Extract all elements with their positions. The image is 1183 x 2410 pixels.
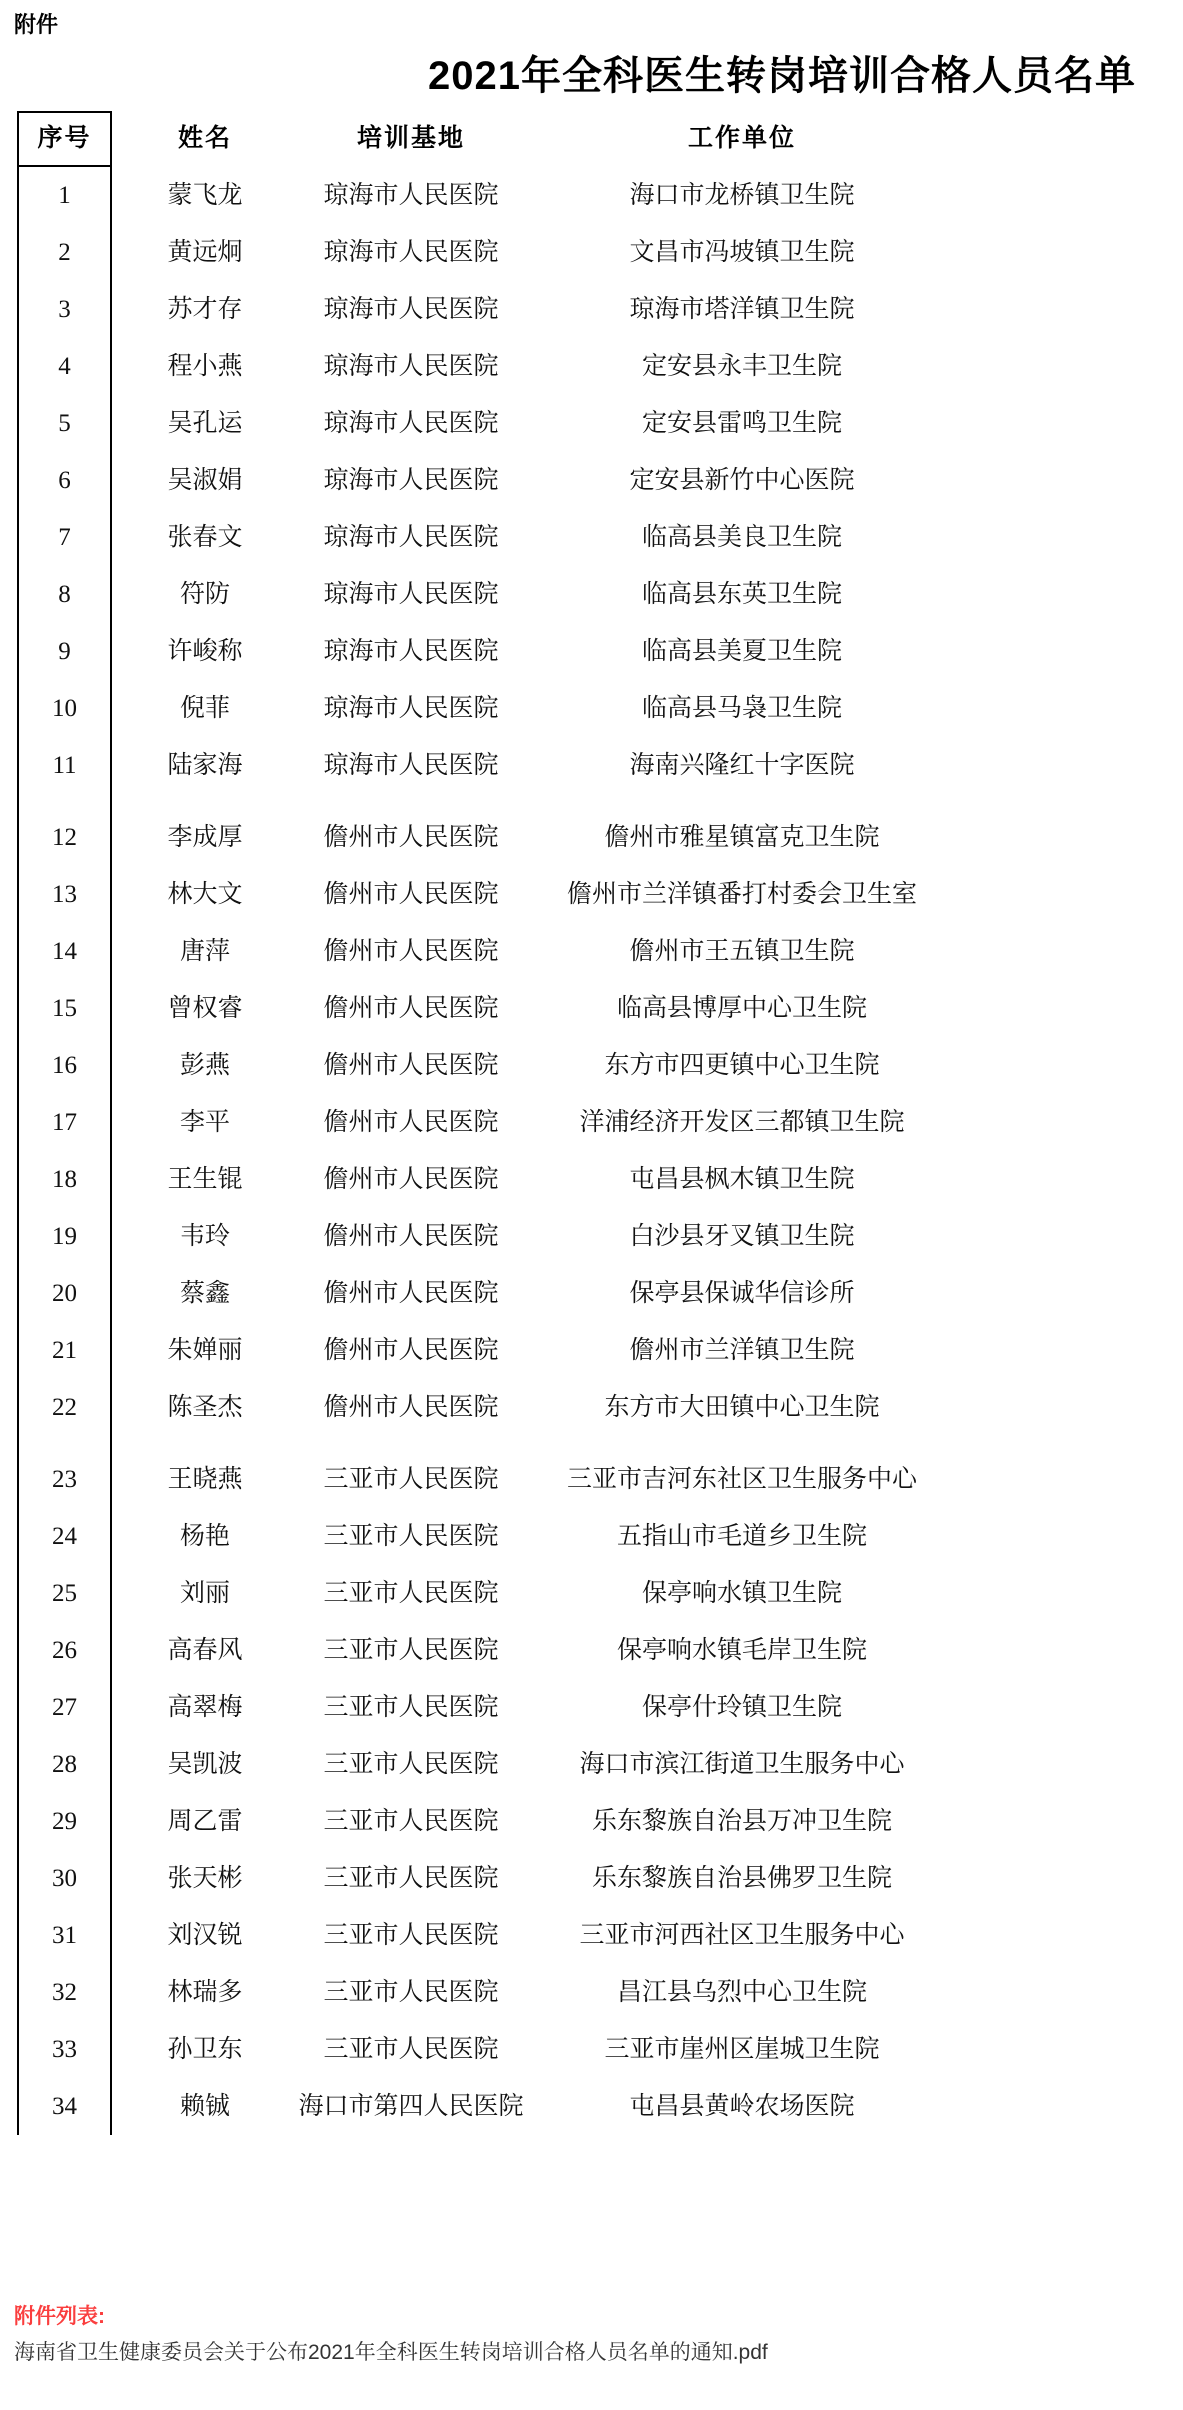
- row-index: 29: [17, 1808, 112, 1836]
- row-unit: 乐东黎族自治县万冲卫生院: [524, 1808, 960, 1836]
- row-index: 8: [17, 581, 112, 609]
- row-base: 儋州市人民医院: [298, 1166, 524, 1194]
- row-index: 14: [17, 938, 112, 966]
- row-unit: 临高县博厚中心卫生院: [524, 995, 960, 1023]
- row-name: 许峻称: [112, 638, 298, 666]
- row-unit: 保亭响水镇卫生院: [524, 1580, 960, 1608]
- row-name: 李平: [112, 1109, 298, 1137]
- row-name: 符防: [112, 581, 298, 609]
- row-name: 蒙飞龙: [112, 182, 298, 210]
- row-name: 王生锟: [112, 1166, 298, 1194]
- table-row: 29 周乙雷 三亚市人民医院 乐东黎族自治县万冲卫生院: [17, 1793, 960, 1850]
- row-name: 孙卫东: [112, 2036, 298, 2064]
- table-row: 28 吴凯波 三亚市人民医院 海口市滨江街道卫生服务中心: [17, 1736, 960, 1793]
- table-row: 10 倪菲 琼海市人民医院 临高县马袅卫生院: [17, 680, 960, 737]
- row-unit: 海口市龙桥镇卫生院: [524, 182, 960, 210]
- row-base: 三亚市人民医院: [298, 1637, 524, 1665]
- row-base: 儋州市人民医院: [298, 881, 524, 909]
- row-index: 2: [17, 239, 112, 267]
- row-base: 三亚市人民医院: [298, 1865, 524, 1893]
- table-row: 3 苏才存 琼海市人民医院 琼海市塔洋镇卫生院: [17, 281, 960, 338]
- row-base: 琼海市人民医院: [298, 695, 524, 723]
- row-name: 吴淑娟: [112, 467, 298, 495]
- header-base: 培训基地: [298, 125, 524, 153]
- row-name: 杨艳: [112, 1523, 298, 1551]
- row-unit: 儋州市兰洋镇番打村委会卫生室: [524, 881, 960, 909]
- row-unit: 东方市大田镇中心卫生院: [524, 1394, 960, 1422]
- row-base: 琼海市人民医院: [298, 524, 524, 552]
- row-base: 三亚市人民医院: [298, 1979, 524, 2007]
- row-name: 刘丽: [112, 1580, 298, 1608]
- table-row: 22 陈圣杰 儋州市人民医院 东方市大田镇中心卫生院: [17, 1379, 960, 1436]
- row-base: 琼海市人民医院: [298, 581, 524, 609]
- row-name: 陆家海: [112, 752, 298, 780]
- row-base: 琼海市人民医院: [298, 239, 524, 267]
- header-name: 姓名: [112, 125, 298, 153]
- table-row: 21 朱婵丽 儋州市人民医院 儋州市兰洋镇卫生院: [17, 1322, 960, 1379]
- row-unit: 五指山市毛道乡卫生院: [524, 1523, 960, 1551]
- row-index: 23: [17, 1466, 112, 1494]
- table-row: 15 曾权睿 儋州市人民医院 临高县博厚中心卫生院: [17, 980, 960, 1037]
- row-unit: 屯昌县枫木镇卫生院: [524, 1166, 960, 1194]
- row-base: 琼海市人民医院: [298, 467, 524, 495]
- table-row: 5 吴孔运 琼海市人民医院 定安县雷鸣卫生院: [17, 395, 960, 452]
- row-name: 张春文: [112, 524, 298, 552]
- row-base: 儋州市人民医院: [298, 1109, 524, 1137]
- row-index: 6: [17, 467, 112, 495]
- row-name: 朱婵丽: [112, 1337, 298, 1365]
- row-base: 儋州市人民医院: [298, 824, 524, 852]
- table-row: 33 孙卫东 三亚市人民医院 三亚市崖州区崖城卫生院: [17, 2021, 960, 2078]
- row-name: 周乙雷: [112, 1808, 298, 1836]
- row-base: 儋州市人民医院: [298, 1280, 524, 1308]
- table-row: 25 刘丽 三亚市人民医院 保亭响水镇卫生院: [17, 1565, 960, 1622]
- row-unit: 定安县永丰卫生院: [524, 353, 960, 381]
- row-name: 蔡鑫: [112, 1280, 298, 1308]
- row-name: 高翠梅: [112, 1694, 298, 1722]
- row-unit: 海南兴隆红十字医院: [524, 752, 960, 780]
- row-base: 三亚市人民医院: [298, 2036, 524, 2064]
- row-unit: 三亚市河西社区卫生服务中心: [524, 1922, 960, 1950]
- row-name: 彭燕: [112, 1052, 298, 1080]
- row-index: 32: [17, 1979, 112, 2007]
- row-base: 三亚市人民医院: [298, 1466, 524, 1494]
- row-index: 7: [17, 524, 112, 552]
- row-unit: 保亭县保诚华信诊所: [524, 1280, 960, 1308]
- row-index: 33: [17, 2036, 112, 2064]
- table-row: 19 韦玲 儋州市人民医院 白沙县牙叉镇卫生院: [17, 1208, 960, 1265]
- table-row: 2 黄远炯 琼海市人民医院 文昌市冯坡镇卫生院: [17, 224, 960, 281]
- document-page: 附件 2021年全科医生转岗培训合格人员名单 序号 姓名 培训基地 工作单位 1…: [0, 0, 1183, 2410]
- table-row: 7 张春文 琼海市人民医院 临高县美良卫生院: [17, 509, 960, 566]
- table-row: 4 程小燕 琼海市人民医院 定安县永丰卫生院: [17, 338, 960, 395]
- row-base: 儋州市人民医院: [298, 995, 524, 1023]
- row-name: 高春风: [112, 1637, 298, 1665]
- row-name: 李成厚: [112, 824, 298, 852]
- table-row: 26 高春风 三亚市人民医院 保亭响水镇毛岸卫生院: [17, 1622, 960, 1679]
- row-base: 儋州市人民医院: [298, 1052, 524, 1080]
- row-index: 31: [17, 1922, 112, 1950]
- row-name: 唐萍: [112, 938, 298, 966]
- row-name: 苏才存: [112, 296, 298, 324]
- table-row: 11 陆家海 琼海市人民医院 海南兴隆红十字医院: [17, 737, 960, 794]
- header-unit: 工作单位: [524, 125, 960, 153]
- table-row: 8 符防 琼海市人民医院 临高县东英卫生院: [17, 566, 960, 623]
- row-name: 吴孔运: [112, 410, 298, 438]
- row-unit: 定安县雷鸣卫生院: [524, 410, 960, 438]
- table-row: 32 林瑞多 三亚市人民医院 昌江县乌烈中心卫生院: [17, 1964, 960, 2021]
- row-name: 吴凯波: [112, 1751, 298, 1779]
- row-unit: 三亚市崖州区崖城卫生院: [524, 2036, 960, 2064]
- row-index: 15: [17, 995, 112, 1023]
- row-unit: 东方市四更镇中心卫生院: [524, 1052, 960, 1080]
- row-unit: 临高县美夏卫生院: [524, 638, 960, 666]
- table-row: 1 蒙飞龙 琼海市人民医院 海口市龙桥镇卫生院: [17, 167, 960, 224]
- row-base: 琼海市人民医院: [298, 296, 524, 324]
- table-row: 31 刘汉锐 三亚市人民医院 三亚市河西社区卫生服务中心: [17, 1907, 960, 1964]
- table-row: 18 王生锟 儋州市人民医院 屯昌县枫木镇卫生院: [17, 1151, 960, 1208]
- row-index: 24: [17, 1523, 112, 1551]
- header-index: 序号: [17, 125, 112, 153]
- row-name: 林瑞多: [112, 1979, 298, 2007]
- table-row: 30 张天彬 三亚市人民医院 乐东黎族自治县佛罗卫生院: [17, 1850, 960, 1907]
- row-name: 王晓燕: [112, 1466, 298, 1494]
- row-base: 三亚市人民医院: [298, 1580, 524, 1608]
- row-index: 27: [17, 1694, 112, 1722]
- personnel-table: 序号 姓名 培训基地 工作单位 1 蒙飞龙 琼海市人民医院 海口市龙桥镇卫生院 …: [17, 111, 960, 2135]
- attachment-pdf-link[interactable]: 海南省卫生健康委员会关于公布2021年全科医生转岗培训合格人员名单的通知.pdf: [14, 2336, 768, 2366]
- row-index: 19: [17, 1223, 112, 1251]
- row-unit: 海口市滨江街道卫生服务中心: [524, 1751, 960, 1779]
- row-unit: 昌江县乌烈中心卫生院: [524, 1979, 960, 2007]
- table-row: 34 赖铖 海口市第四人民医院 屯昌县黄岭农场医院: [17, 2078, 960, 2135]
- row-index: 9: [17, 638, 112, 666]
- row-unit: 三亚市吉河东社区卫生服务中心: [524, 1466, 960, 1494]
- row-unit: 定安县新竹中心医院: [524, 467, 960, 495]
- row-base: 儋州市人民医院: [298, 1394, 524, 1422]
- table-row: 14 唐萍 儋州市人民医院 儋州市王五镇卫生院: [17, 923, 960, 980]
- row-index: 1: [17, 182, 112, 210]
- row-unit: 洋浦经济开发区三都镇卫生院: [524, 1109, 960, 1137]
- row-unit: 文昌市冯坡镇卫生院: [524, 239, 960, 267]
- row-index: 17: [17, 1109, 112, 1137]
- row-unit: 乐东黎族自治县佛罗卫生院: [524, 1865, 960, 1893]
- row-unit: 临高县美良卫生院: [524, 524, 960, 552]
- row-base: 琼海市人民医院: [298, 752, 524, 780]
- page-title: 2021年全科医生转岗培训合格人员名单: [428, 44, 1136, 101]
- row-index: 26: [17, 1637, 112, 1665]
- table-row: 9 许峻称 琼海市人民医院 临高县美夏卫生院: [17, 623, 960, 680]
- row-index: 5: [17, 410, 112, 438]
- attachment-label: 附件: [14, 8, 58, 39]
- table-row: 13 林大文 儋州市人民医院 儋州市兰洋镇番打村委会卫生室: [17, 866, 960, 923]
- row-unit: 儋州市王五镇卫生院: [524, 938, 960, 966]
- table-row: 12 李成厚 儋州市人民医院 儋州市雅星镇富克卫生院: [17, 809, 960, 866]
- row-name: 赖铖: [112, 2093, 298, 2121]
- row-base: 三亚市人民医院: [298, 1808, 524, 1836]
- row-name: 韦玲: [112, 1223, 298, 1251]
- table-row: 16 彭燕 儋州市人民医院 东方市四更镇中心卫生院: [17, 1037, 960, 1094]
- attachment-list-label: 附件列表:: [14, 2300, 105, 2330]
- row-base: 三亚市人民医院: [298, 1751, 524, 1779]
- row-index: 34: [17, 2093, 112, 2121]
- row-index: 3: [17, 296, 112, 324]
- row-unit: 白沙县牙叉镇卫生院: [524, 1223, 960, 1251]
- row-name: 倪菲: [112, 695, 298, 723]
- row-base: 儋州市人民医院: [298, 1337, 524, 1365]
- row-name: 刘汉锐: [112, 1922, 298, 1950]
- row-base: 三亚市人民医院: [298, 1922, 524, 1950]
- row-index: 11: [17, 752, 112, 780]
- row-index: 18: [17, 1166, 112, 1194]
- row-name: 黄远炯: [112, 239, 298, 267]
- row-unit: 儋州市雅星镇富克卫生院: [524, 824, 960, 852]
- table-row: 17 李平 儋州市人民医院 洋浦经济开发区三都镇卫生院: [17, 1094, 960, 1151]
- table-row: 27 高翠梅 三亚市人民医院 保亭什玲镇卫生院: [17, 1679, 960, 1736]
- row-unit: 临高县马袅卫生院: [524, 695, 960, 723]
- row-base: 琼海市人民医院: [298, 182, 524, 210]
- row-name: 曾权睿: [112, 995, 298, 1023]
- row-name: 陈圣杰: [112, 1394, 298, 1422]
- row-unit: 临高县东英卫生院: [524, 581, 960, 609]
- row-index: 13: [17, 881, 112, 909]
- row-name: 程小燕: [112, 353, 298, 381]
- row-name: 张天彬: [112, 1865, 298, 1893]
- row-index: 30: [17, 1865, 112, 1893]
- row-name: 林大文: [112, 881, 298, 909]
- row-unit: 保亭响水镇毛岸卫生院: [524, 1637, 960, 1665]
- row-unit: 儋州市兰洋镇卫生院: [524, 1337, 960, 1365]
- table-row: 23 王晓燕 三亚市人民医院 三亚市吉河东社区卫生服务中心: [17, 1451, 960, 1508]
- row-unit: 琼海市塔洋镇卫生院: [524, 296, 960, 324]
- row-base: 三亚市人民医院: [298, 1694, 524, 1722]
- table-body: 1 蒙飞龙 琼海市人民医院 海口市龙桥镇卫生院 2 黄远炯 琼海市人民医院 文昌…: [17, 167, 960, 2135]
- row-base: 海口市第四人民医院: [298, 2093, 524, 2121]
- row-base: 三亚市人民医院: [298, 1523, 524, 1551]
- table-row: 6 吴淑娟 琼海市人民医院 定安县新竹中心医院: [17, 452, 960, 509]
- row-base: 琼海市人民医院: [298, 638, 524, 666]
- row-index: 21: [17, 1337, 112, 1365]
- row-base: 儋州市人民医院: [298, 938, 524, 966]
- row-index: 4: [17, 353, 112, 381]
- row-index: 16: [17, 1052, 112, 1080]
- row-base: 琼海市人民医院: [298, 410, 524, 438]
- row-unit: 保亭什玲镇卫生院: [524, 1694, 960, 1722]
- row-base: 儋州市人民医院: [298, 1223, 524, 1251]
- row-unit: 屯昌县黄岭农场医院: [524, 2093, 960, 2121]
- row-index: 28: [17, 1751, 112, 1779]
- table-row: 24 杨艳 三亚市人民医院 五指山市毛道乡卫生院: [17, 1508, 960, 1565]
- table-header-row: 序号 姓名 培训基地 工作单位: [17, 111, 960, 167]
- row-index: 10: [17, 695, 112, 723]
- row-index: 20: [17, 1280, 112, 1308]
- row-index: 25: [17, 1580, 112, 1608]
- row-index: 22: [17, 1394, 112, 1422]
- row-base: 琼海市人民医院: [298, 353, 524, 381]
- row-index: 12: [17, 824, 112, 852]
- table-row: 20 蔡鑫 儋州市人民医院 保亭县保诚华信诊所: [17, 1265, 960, 1322]
